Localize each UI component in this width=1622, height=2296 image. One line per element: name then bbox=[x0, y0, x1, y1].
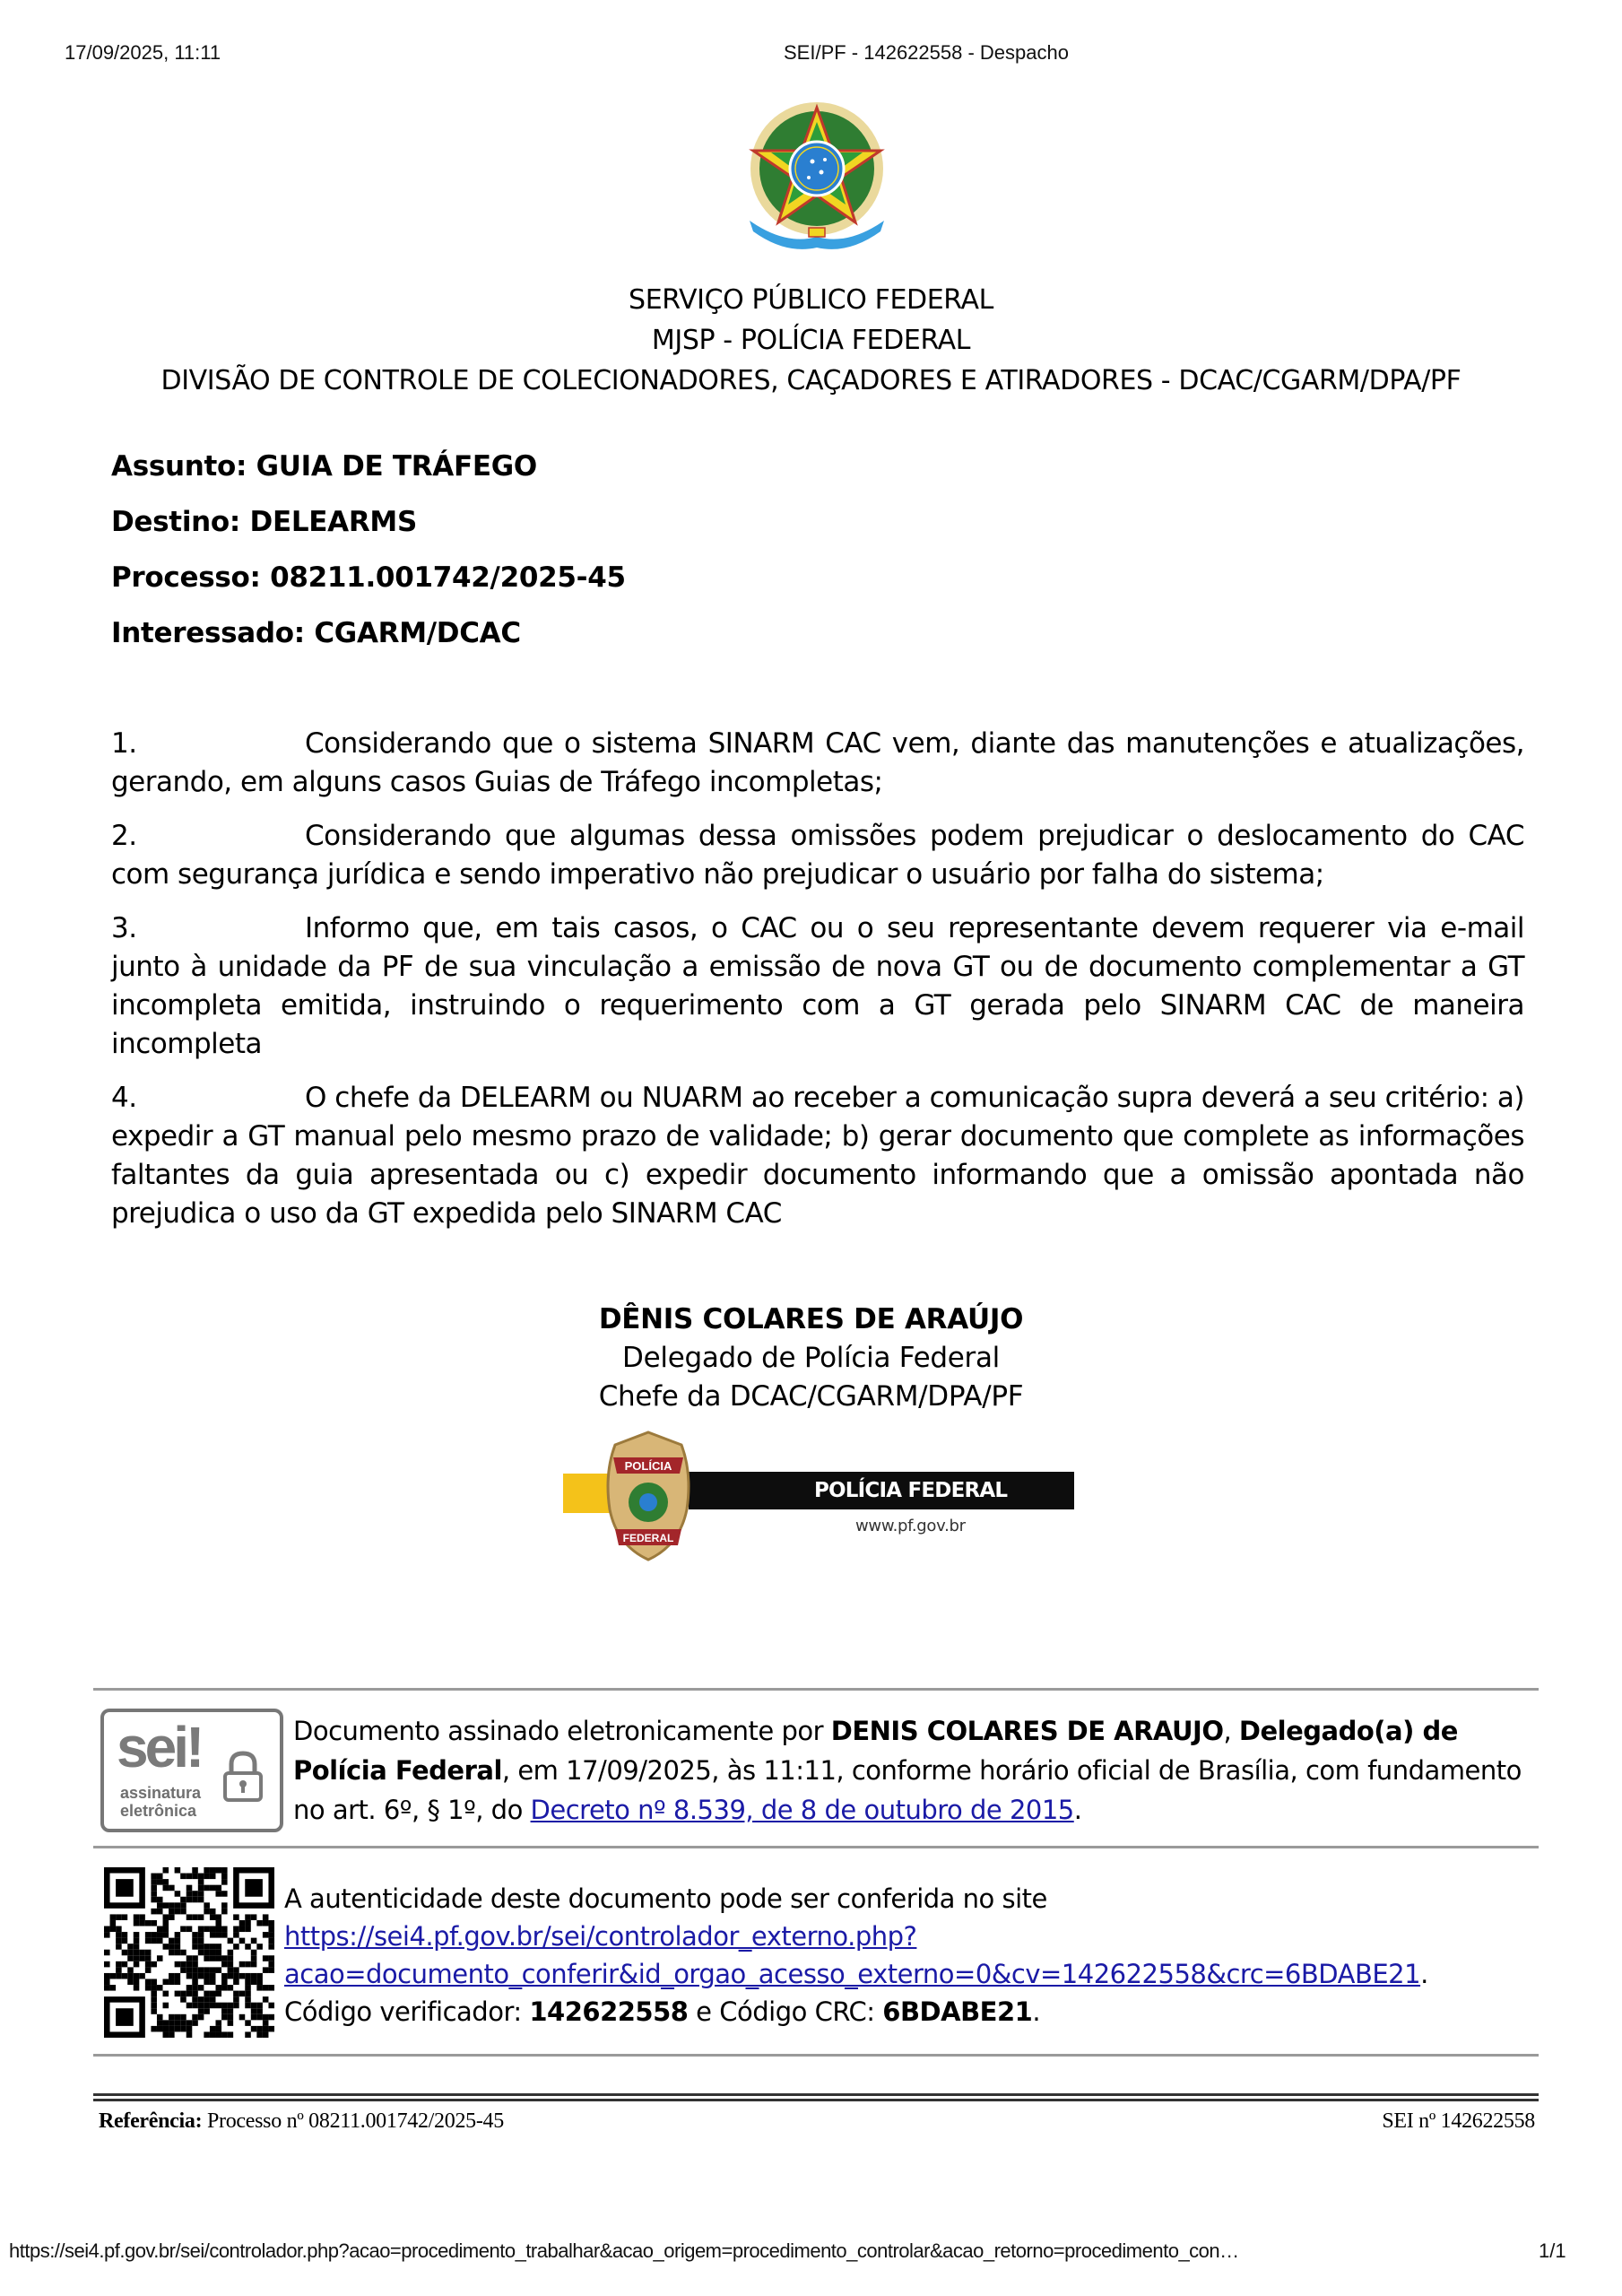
sei-logo-text: sei! bbox=[117, 1714, 201, 1780]
document-metadata: Assunto: GUIA DE TRÁFEGO Destino: DELEAR… bbox=[111, 448, 626, 671]
verification-link-line-1[interactable]: https://sei4.pf.gov.br/sei/controlador_e… bbox=[284, 1921, 916, 1952]
paragraph-4: 4.O chefe da DELEARM ou NUARM ao receber… bbox=[111, 1079, 1524, 1233]
signatory-unit: Chefe da DCAC/CGARM/DPA/PF bbox=[0, 1378, 1622, 1416]
subject: Assunto: GUIA DE TRÁFEGO bbox=[111, 448, 626, 504]
print-title: SEI/PF - 142622558 - Despacho bbox=[784, 41, 1069, 65]
stamp-subtitle: assinatura eletrônica bbox=[120, 1784, 201, 1820]
print-page-number: 1/1 bbox=[1539, 2239, 1566, 2263]
signer-name: DENIS COLARES DE ARAUJO bbox=[831, 1716, 1224, 1746]
verifier-code: 142622558 bbox=[529, 1996, 688, 2027]
process-number: Processo: 08211.001742/2025-45 bbox=[111, 560, 626, 615]
print-url: https://sei4.pf.gov.br/sei/controlador.p… bbox=[9, 2239, 1239, 2263]
separator-top bbox=[93, 1688, 1539, 1691]
sei-electronic-signature-stamp: sei! assinatura eletrônica bbox=[100, 1709, 283, 1832]
reference-label: Referência: bbox=[99, 2109, 202, 2133]
signature-block: DÊNIS COLARES DE ARAÚJO Delegado de Polí… bbox=[0, 1300, 1622, 1416]
separator-bottom bbox=[93, 2054, 1539, 2057]
signatory-role: Delegado de Polícia Federal bbox=[0, 1339, 1622, 1378]
print-header: 17/09/2025, 11:11 SEI/PF - 142622558 - D… bbox=[0, 41, 1622, 68]
paragraph-1: 1.Considerando que o sistema SINARM CAC … bbox=[111, 725, 1524, 802]
electronic-signature-text: Documento assinado eletronicamente por D… bbox=[293, 1711, 1531, 1830]
organization-header: SERVIÇO PÚBLICO FEDERAL MJSP - POLÍCIA F… bbox=[0, 280, 1622, 401]
logo-name: POLÍCIA FEDERAL bbox=[814, 1479, 1007, 1502]
org-line-1: SERVIÇO PÚBLICO FEDERAL bbox=[0, 280, 1622, 320]
verification-link-line-2[interactable]: acao=documento_conferir&id_orgao_acesso_… bbox=[284, 1959, 1420, 1989]
document-body: 1.Considerando que o sistema SINARM CAC … bbox=[111, 725, 1524, 1248]
decree-link[interactable]: Decreto nº 8.539, de 8 de outubro de 201… bbox=[531, 1795, 1074, 1825]
qr-code-icon bbox=[104, 1867, 274, 2038]
reference-process: Processo nº 08211.001742/2025-45 bbox=[202, 2109, 504, 2133]
authenticity-intro: A autenticidade deste documento pode ser… bbox=[284, 1880, 1522, 1918]
crc-code: 6BDABE21 bbox=[882, 1996, 1032, 2027]
svg-text:POLÍCIA: POLÍCIA bbox=[625, 1459, 672, 1473]
print-footer: https://sei4.pf.gov.br/sei/controlador.p… bbox=[0, 2239, 1622, 2266]
paragraph-2: 2.Considerando que algumas dessa omissõe… bbox=[111, 817, 1524, 894]
authenticity-text: A autenticidade deste documento pode ser… bbox=[284, 1880, 1522, 2031]
signatory-name: DÊNIS COLARES DE ARAÚJO bbox=[0, 1300, 1622, 1339]
police-badge-icon: POLÍCIA FEDERAL bbox=[599, 1429, 698, 1563]
logo-url: www.pf.gov.br bbox=[855, 1517, 966, 1535]
print-datetime: 17/09/2025, 11:11 bbox=[65, 41, 221, 65]
policia-federal-logo: POLÍCIA FEDERAL www.pf.gov.br POLÍCIA FE… bbox=[563, 1429, 1074, 1572]
org-line-2: MJSP - POLÍCIA FEDERAL bbox=[0, 320, 1622, 361]
svg-text:FEDERAL: FEDERAL bbox=[623, 1532, 674, 1544]
destination: Destino: DELEARMS bbox=[111, 504, 626, 560]
lock-icon bbox=[221, 1750, 265, 1804]
separator-middle bbox=[93, 1846, 1539, 1848]
org-line-3: DIVISÃO DE CONTROLE DE COLECIONADORES, C… bbox=[0, 361, 1622, 401]
reference-double-rule bbox=[93, 2093, 1539, 2104]
brazil-coat-of-arms-icon bbox=[732, 95, 902, 257]
sei-number: SEI nº 142622558 bbox=[1382, 2109, 1535, 2134]
paragraph-3: 3.Informo que, em tais casos, o CAC ou o… bbox=[111, 909, 1524, 1064]
reference-line: Referência: Processo nº 08211.001742/202… bbox=[99, 2109, 1535, 2134]
verification-codes: Código verificador: 142622558 e Código C… bbox=[284, 1993, 1522, 2031]
interested-party: Interessado: CGARM/DCAC bbox=[111, 615, 626, 671]
